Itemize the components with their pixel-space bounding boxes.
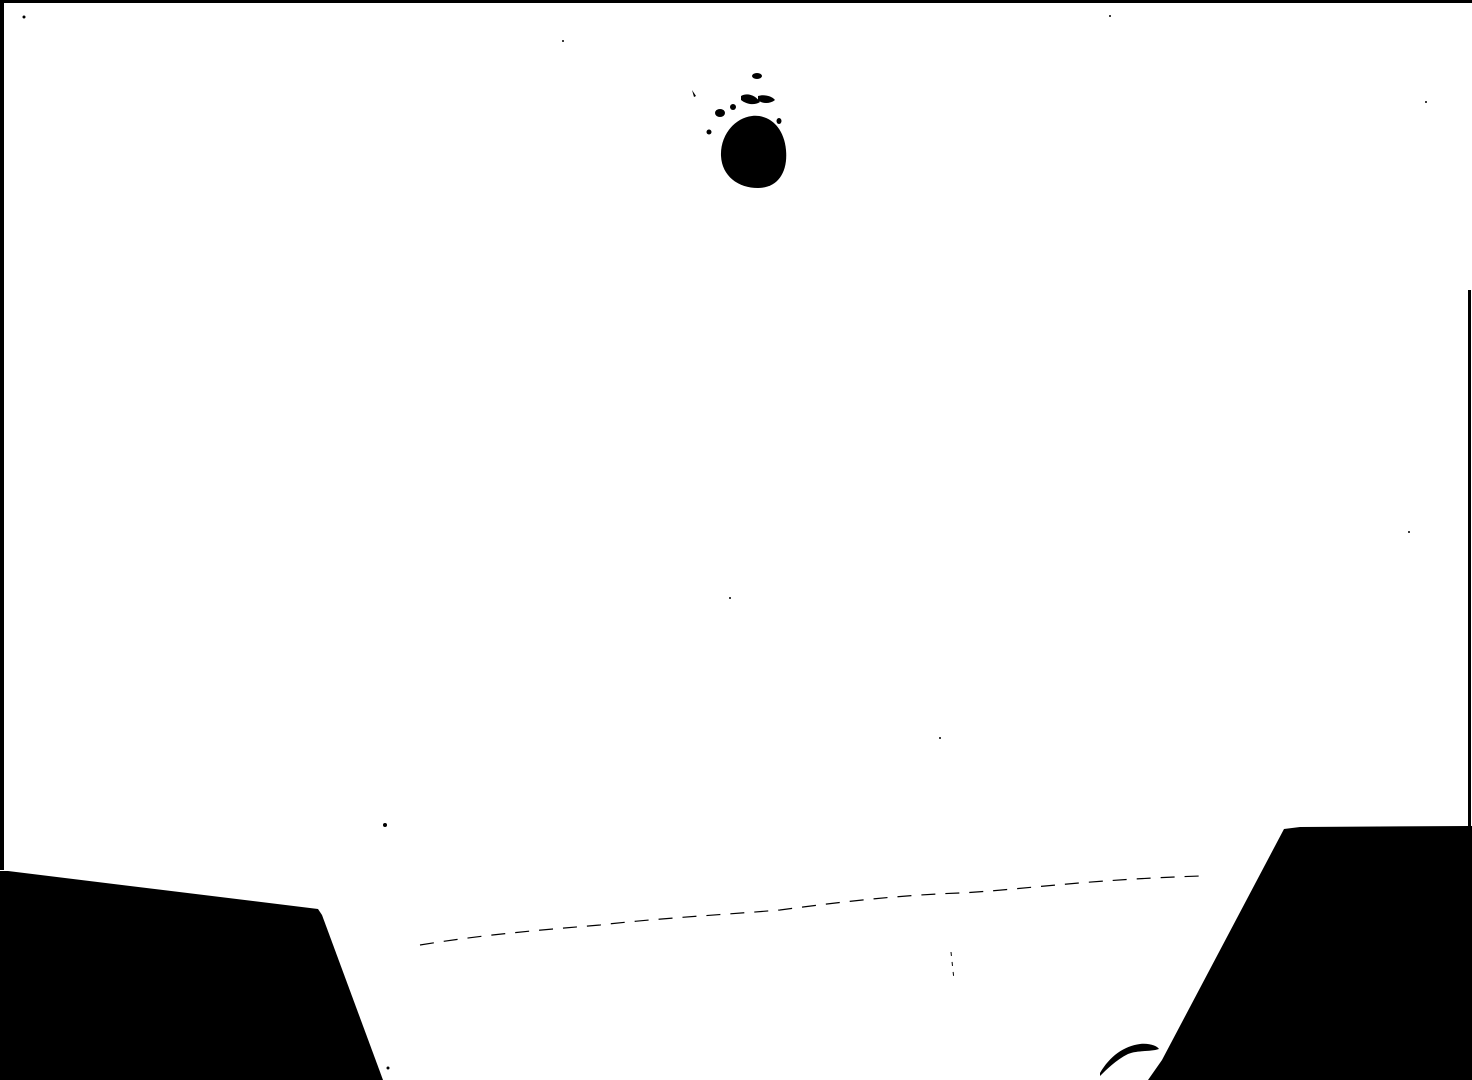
right-edge-border [1468, 290, 1471, 830]
top-edge-border [0, 0, 1472, 3]
left-edge-border [0, 0, 4, 870]
photo-scene [0, 0, 1472, 1080]
